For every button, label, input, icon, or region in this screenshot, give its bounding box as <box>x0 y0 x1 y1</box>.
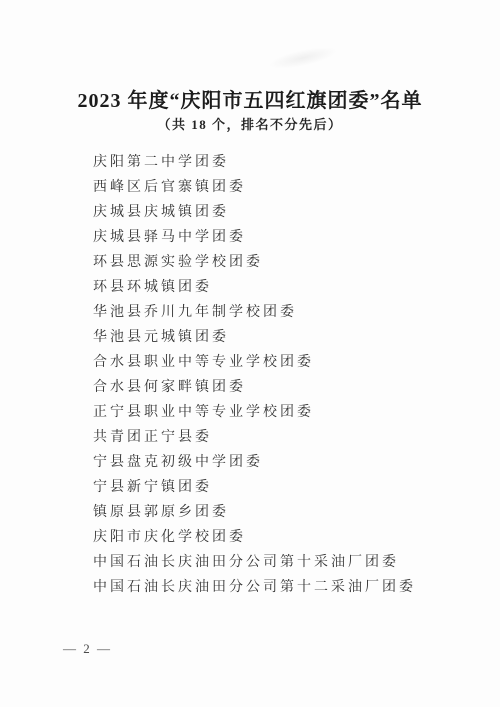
list-item: 中国石油长庆油田分公司第十二采油厂团委 <box>93 575 470 600</box>
list-item: 华池县元城镇团委 <box>93 325 470 350</box>
page-number: — 2 — <box>63 641 112 657</box>
document-subtitle: （共 18 个，排名不分先后） <box>0 114 500 133</box>
award-list: 庆阳第二中学团委 西峰区后官寨镇团委 庆城县庆城镇团委 庆城县驿马中学团委 环县… <box>93 150 470 600</box>
document-title: 2023 年度“庆阳市五四红旗团委”名单 <box>0 84 500 113</box>
list-item: 中国石油长庆油田分公司第十采油厂团委 <box>93 550 470 575</box>
list-item: 正宁县职业中等专业学校团委 <box>93 400 470 425</box>
list-item: 宁县新宁镇团委 <box>93 475 470 500</box>
scan-smudge-artifact <box>267 43 339 73</box>
list-item: 环县环城镇团委 <box>93 275 470 300</box>
list-item: 华池县乔川九年制学校团委 <box>93 300 470 325</box>
list-item: 庆城县庆城镇团委 <box>93 200 470 225</box>
list-item: 共青团正宁县委 <box>93 425 470 450</box>
list-item: 宁县盘克初级中学团委 <box>93 450 470 475</box>
list-item: 西峰区后官寨镇团委 <box>93 175 470 200</box>
list-item: 合水县何家畔镇团委 <box>93 375 470 400</box>
list-item: 庆阳第二中学团委 <box>93 150 470 175</box>
list-item: 环县思源实验学校团委 <box>93 250 470 275</box>
list-item: 庆城县驿马中学团委 <box>93 225 470 250</box>
list-item: 合水县职业中等专业学校团委 <box>93 350 470 375</box>
list-item: 镇原县郭原乡团委 <box>93 500 470 525</box>
list-item: 庆阳市庆化学校团委 <box>93 525 470 550</box>
document-page: 2023 年度“庆阳市五四红旗团委”名单 （共 18 个，排名不分先后） 庆阳第… <box>0 0 500 707</box>
